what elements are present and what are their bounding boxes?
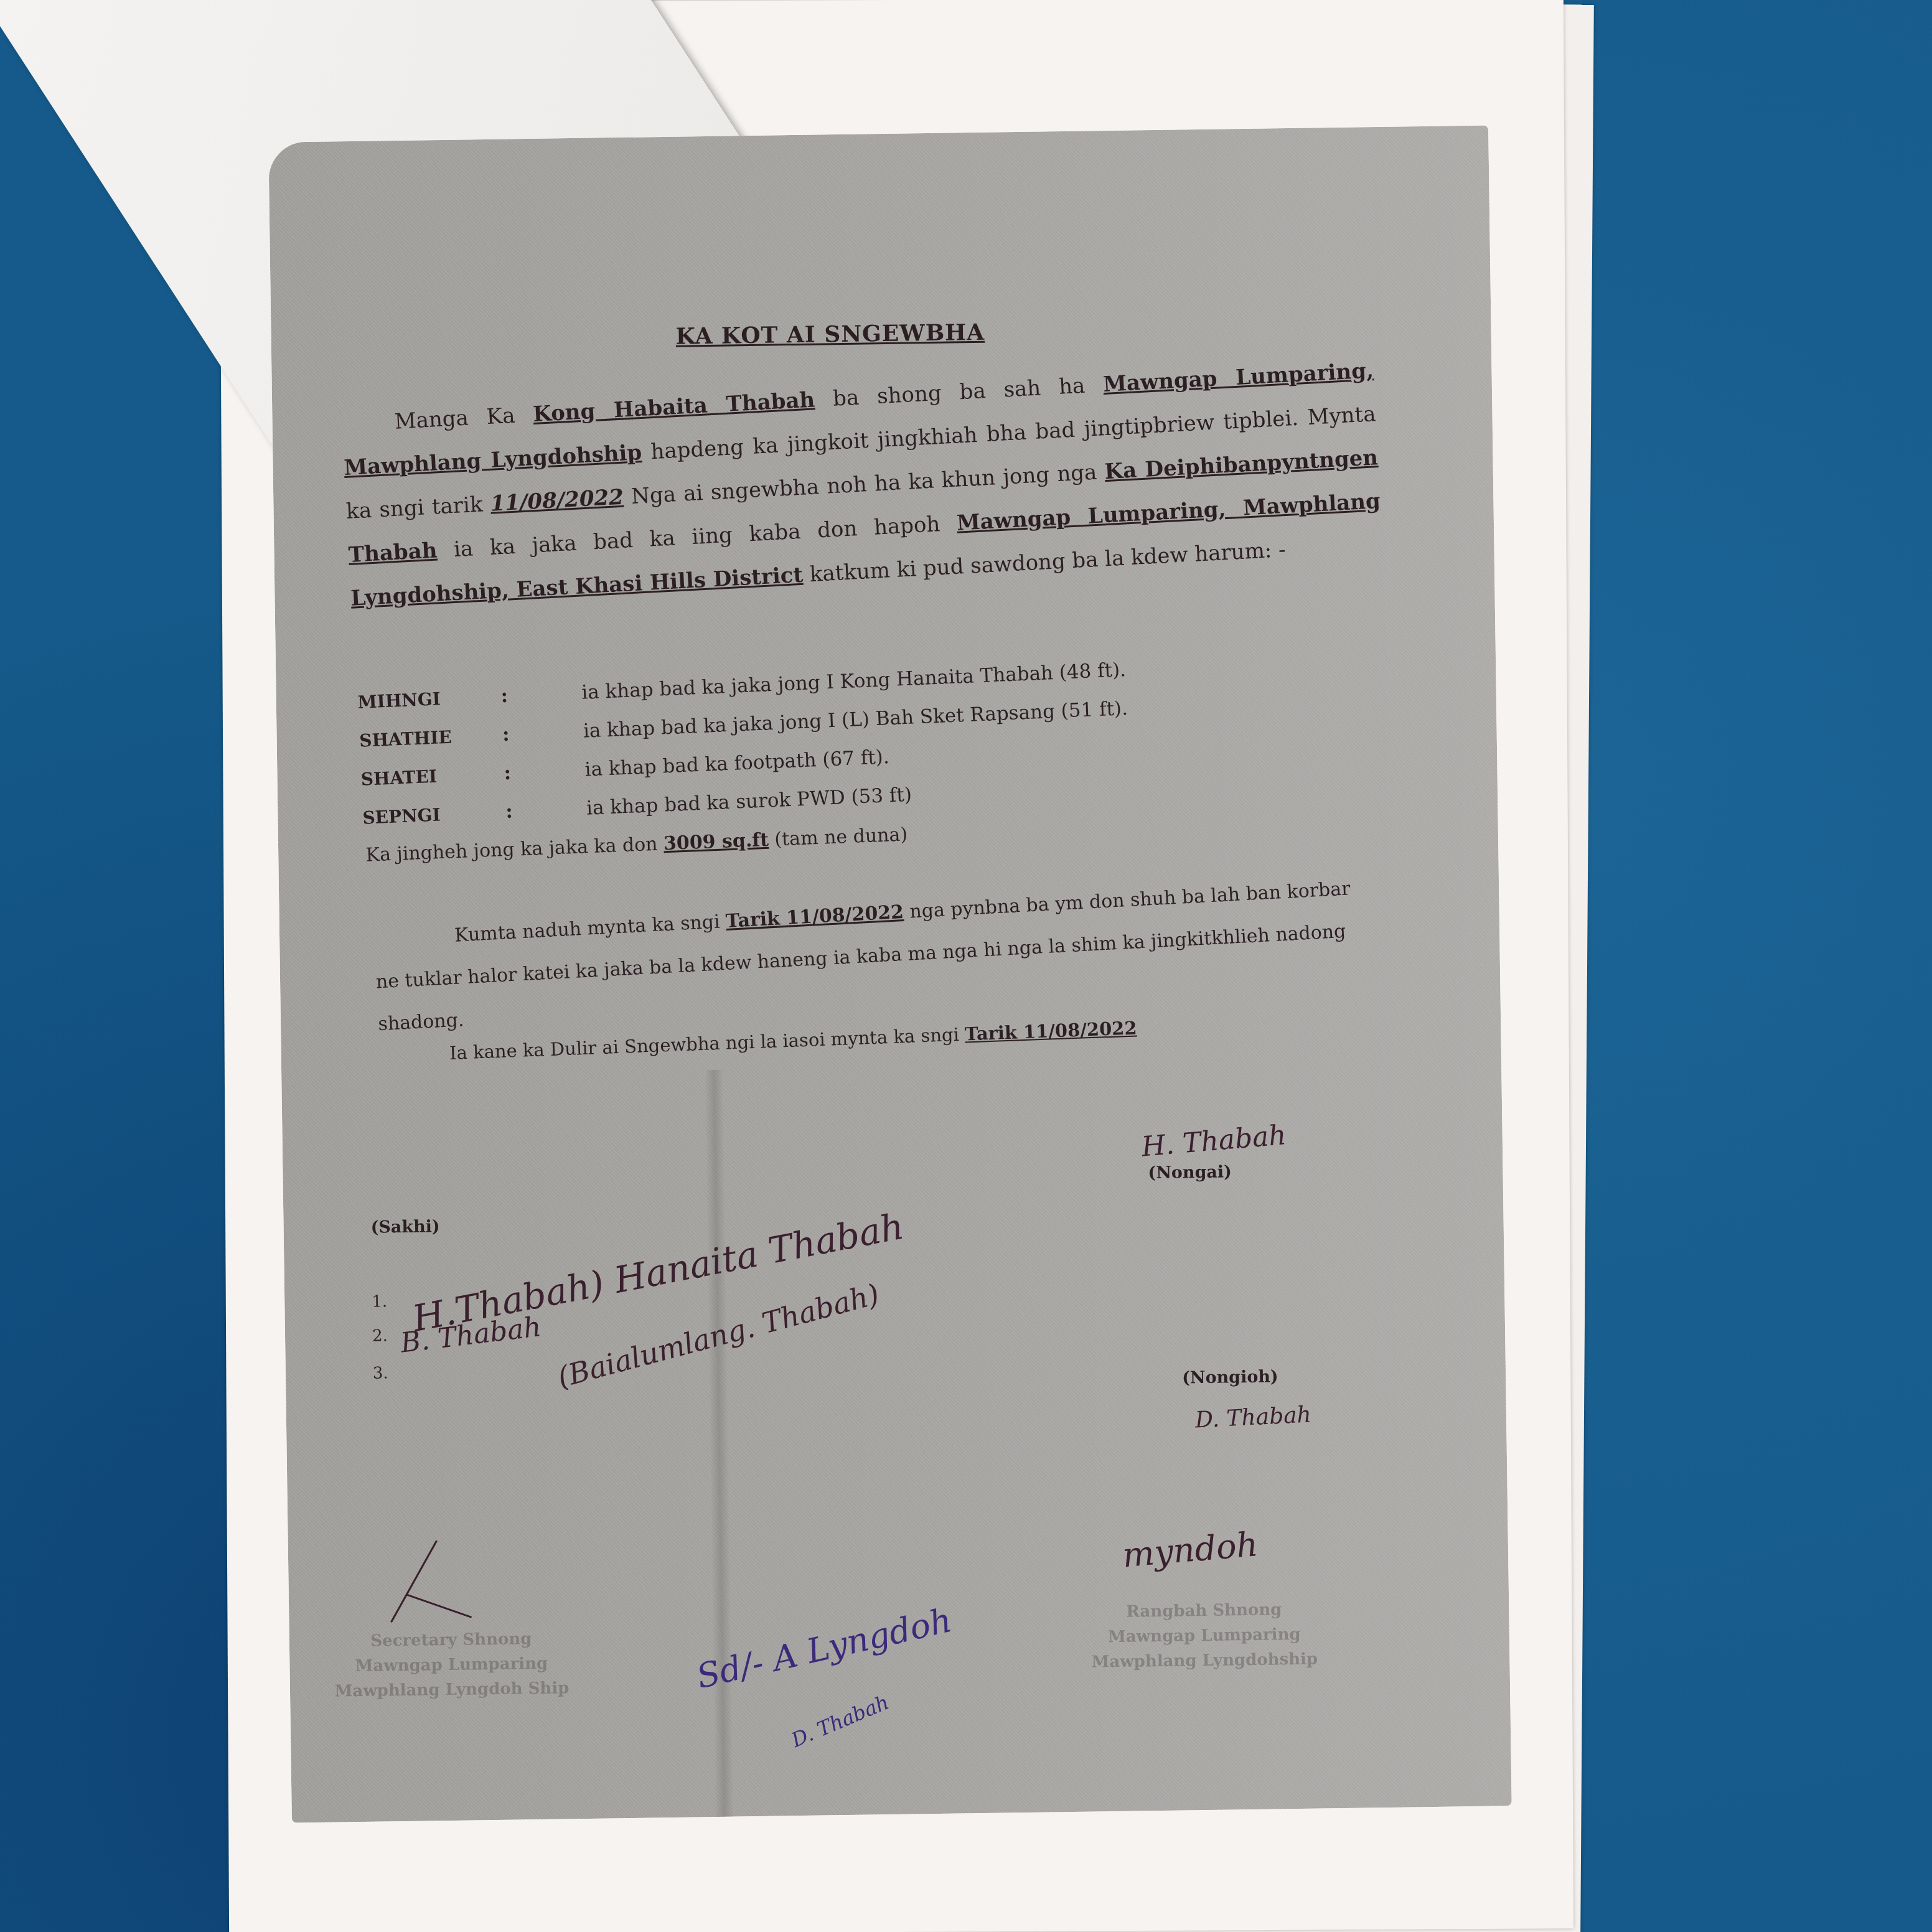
declaration-date: 11/08/2022 xyxy=(490,485,624,517)
area-value: 3009 sq.ft xyxy=(663,829,769,855)
relinquish-date: Tarik 11/08/2022 xyxy=(725,901,904,932)
center-signature: Sd/- A Lyngdoh xyxy=(693,1600,955,1696)
rangbah-signature: myndoh xyxy=(1121,1524,1260,1575)
secretary-signature-stroke xyxy=(406,1594,472,1618)
center-signature-2: D. Thabah xyxy=(788,1690,893,1752)
closing-date: Tarik 11/08/2022 xyxy=(964,1017,1137,1044)
boundary-description: ia khap bad ka surok PWD (53 ft) xyxy=(586,784,912,820)
witness-number: 3. xyxy=(373,1364,388,1382)
witness-number: 1. xyxy=(372,1292,387,1311)
boundary-direction: SHATHIE xyxy=(359,724,503,751)
rangbah-stamp: Rangbah Shnong Mawngap Lumparing Mawphla… xyxy=(1054,1597,1354,1676)
document-title: KA KOT AI SNGEWBHA xyxy=(675,319,985,350)
relinquish-paragraph: Kumta naduh mynta ka sngi Tarik 11/08/20… xyxy=(373,868,1362,1046)
nongioh-label: (Nongioh) xyxy=(1182,1367,1278,1387)
boundaries-list: MIHNGI : ia khap bad ka jaka jong I Kong… xyxy=(357,650,1132,837)
secretary-stamp: Secretary Shnong Mawngap Lumparing Mawph… xyxy=(314,1626,589,1704)
sakhi-label: (Sakhi) xyxy=(370,1217,440,1237)
nongioh-signature: D. Thabah xyxy=(1194,1402,1312,1433)
donor-name: Kong Habaita Thabah xyxy=(532,387,815,427)
boundary-direction: SHATEI xyxy=(360,763,504,790)
secretary-signature xyxy=(390,1540,438,1623)
boundary-direction: MIHNGI xyxy=(357,686,501,713)
witness-number: 2. xyxy=(372,1326,388,1345)
declaration-paragraph: Manga Ka Kong Habaita Thabah ba shong ba… xyxy=(340,349,1384,620)
fold-crease xyxy=(705,1070,734,1817)
boundary-description: ia khap bad ka footpath (67 ft). xyxy=(584,746,890,781)
document-page: KA KOT AI SNGEWBHA Manga Ka Kong Habaita… xyxy=(268,125,1512,1822)
nongai-signature: H. Thabah xyxy=(1140,1119,1287,1163)
nongai-label: (Nongai) xyxy=(1148,1162,1232,1183)
boundary-direction: SEPNGI xyxy=(362,802,506,828)
